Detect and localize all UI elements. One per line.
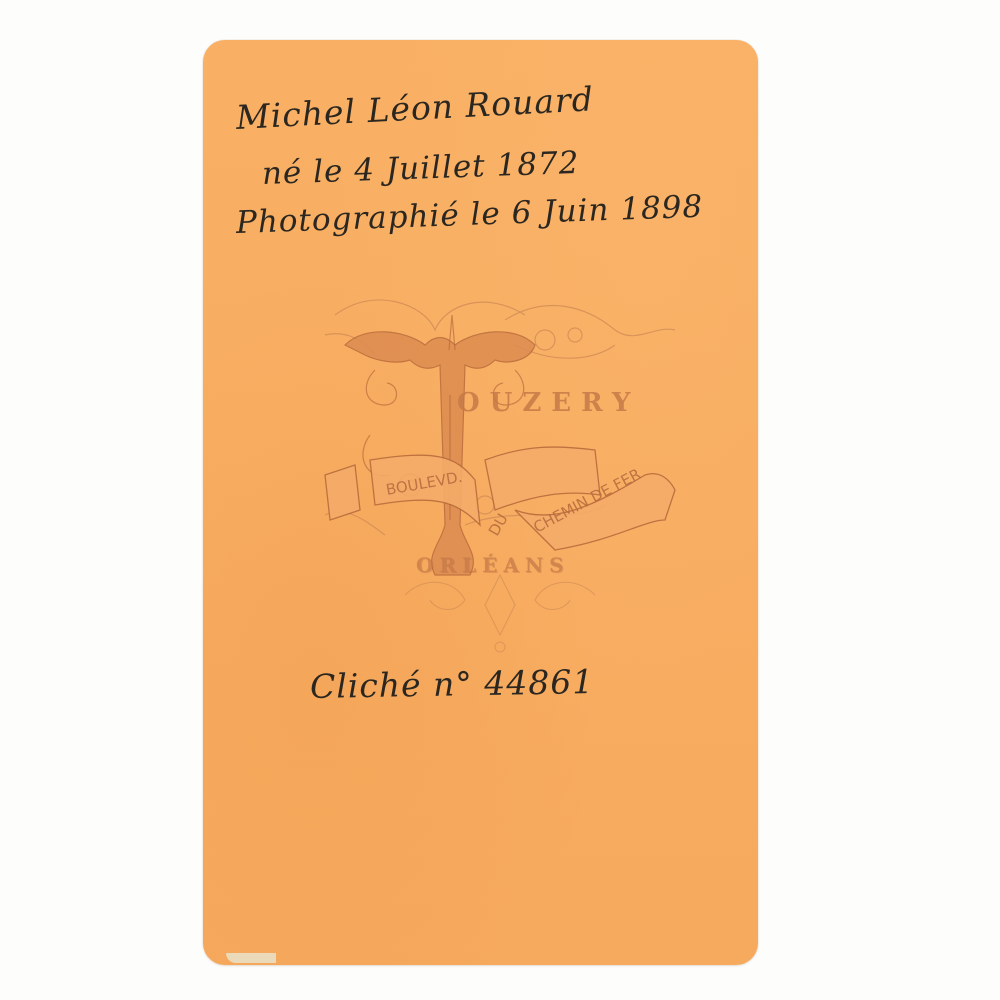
studio-city: ORLÉANS bbox=[416, 553, 570, 577]
card-worn-corner bbox=[226, 953, 276, 963]
handwritten-negative-number: Cliché n° 44861 bbox=[310, 662, 595, 706]
studio-name: OUZERY bbox=[457, 388, 641, 418]
studio-ornament-logo: BOULEVD. DU CHEMIN DE FER bbox=[315, 275, 685, 655]
ribbon-du: DU bbox=[485, 510, 512, 539]
